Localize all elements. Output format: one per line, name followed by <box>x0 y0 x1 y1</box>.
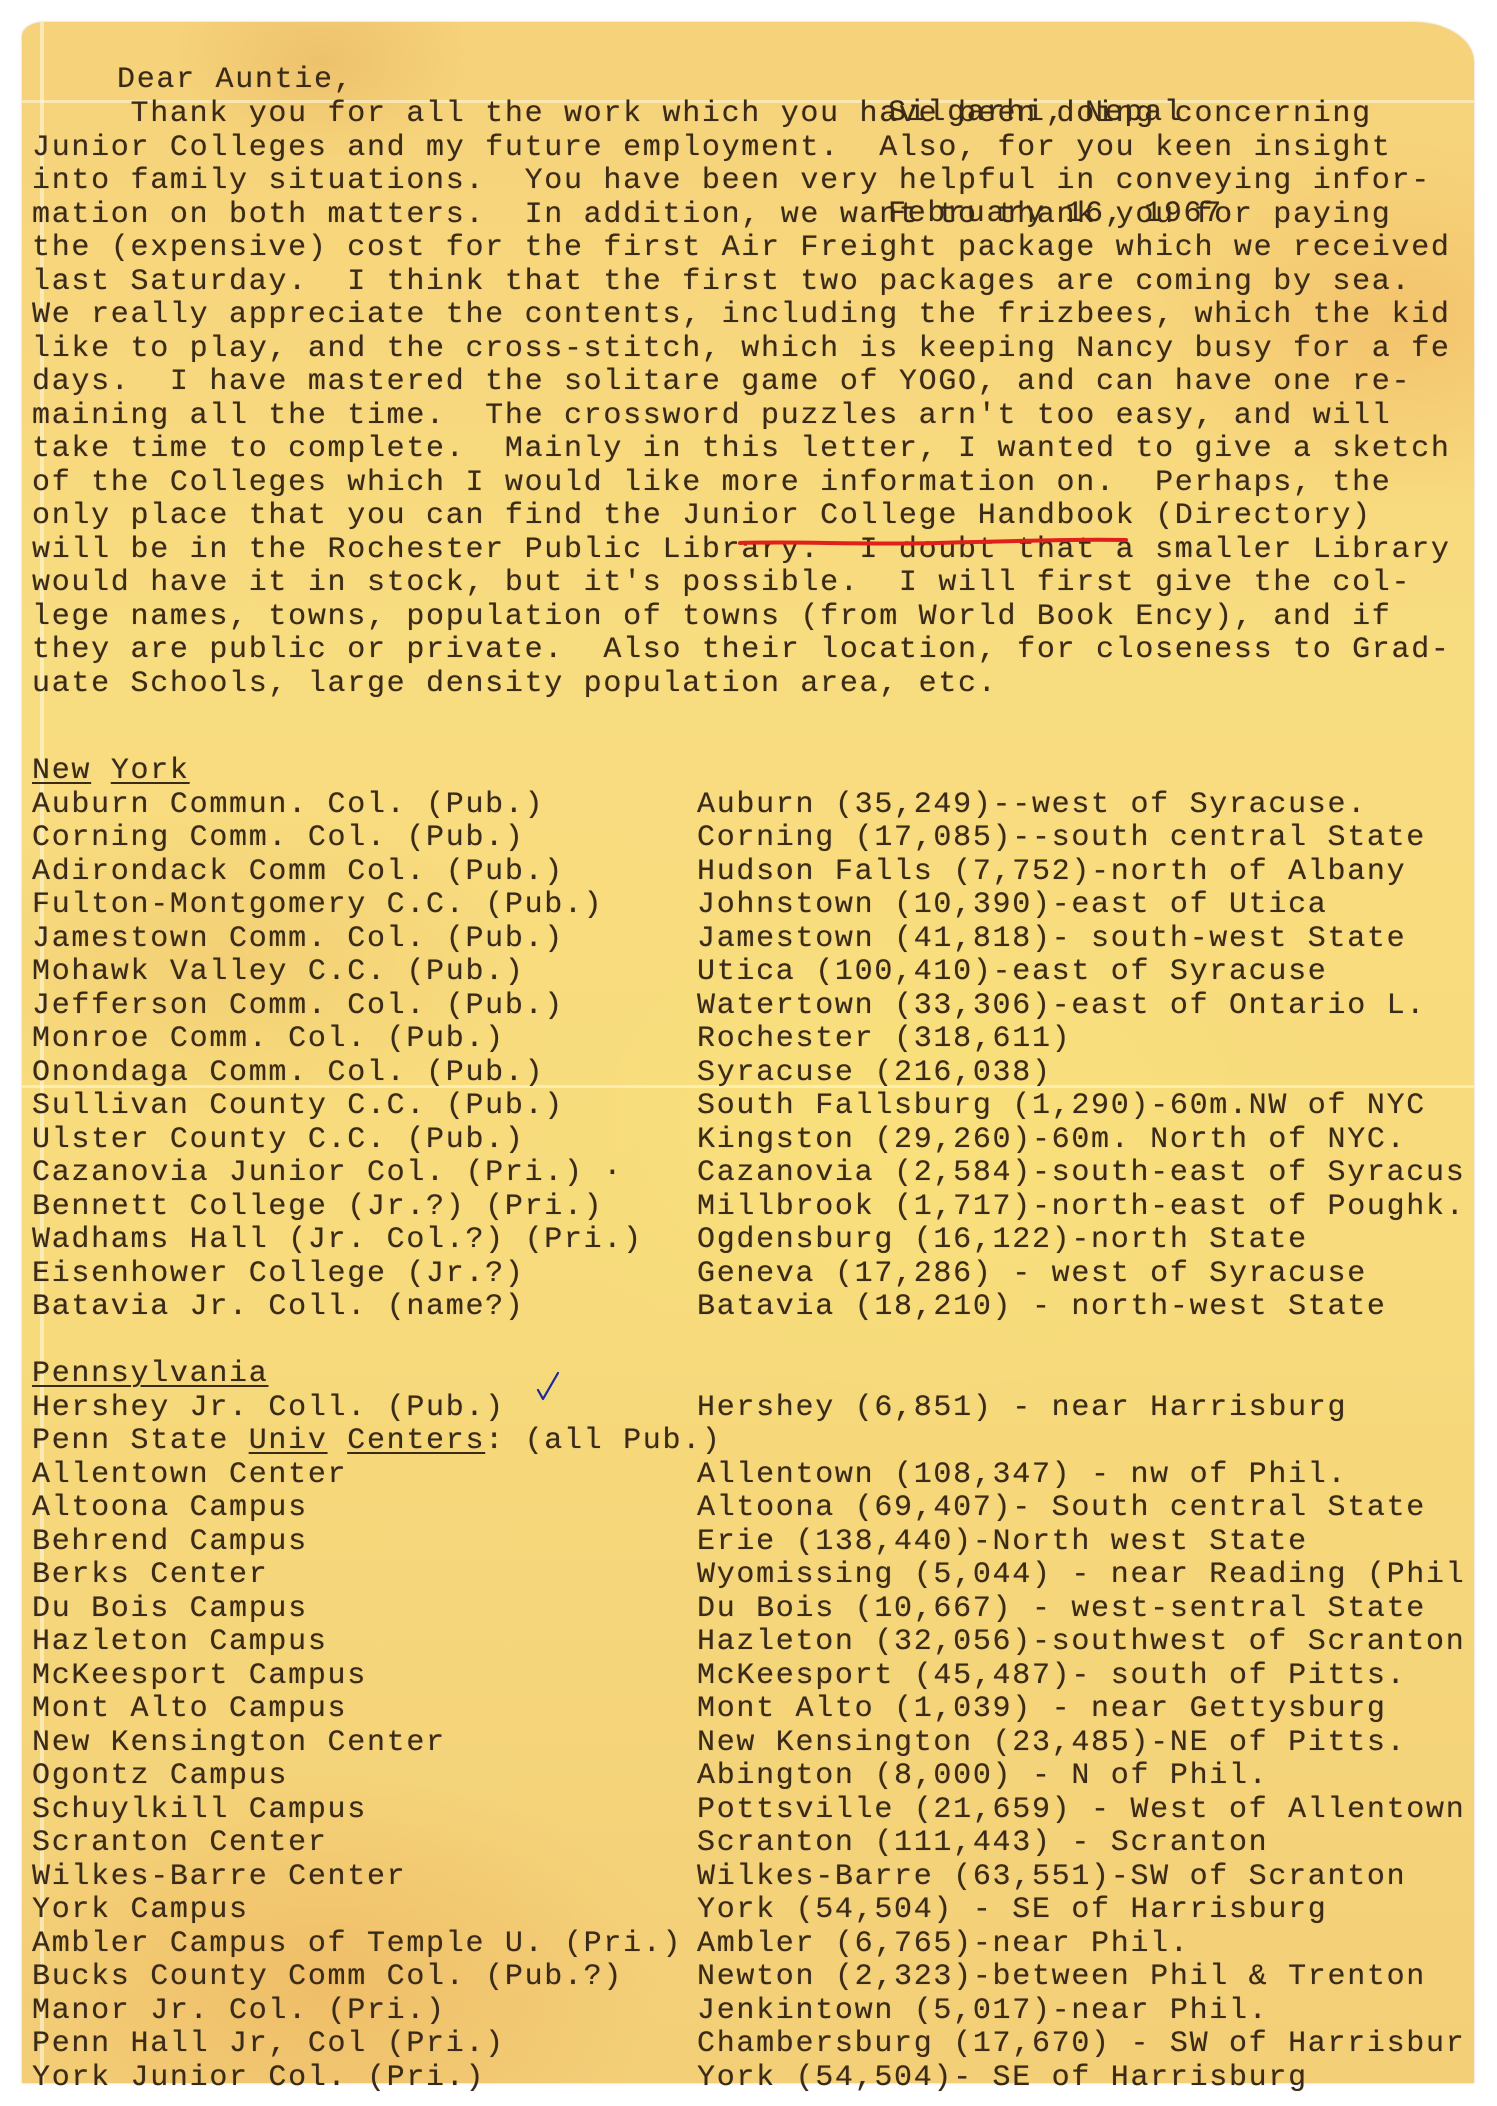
college-name: Allentown Center <box>32 1459 722 1493</box>
college-name: Ogontz Campus <box>32 1760 722 1794</box>
college-town: Chambersburg (17,670) - SW of Harrisbur <box>697 2028 1465 2062</box>
town-list-column: Auburn (35,249)--west of Syracuse.Cornin… <box>697 755 1465 2095</box>
college-town: Ogdensburg (16,122)-north State <box>697 1224 1465 1258</box>
college-name: Batavia Jr. Coll. (name?) <box>32 1291 722 1325</box>
college-town: McKeesport (45,487)- south of Pitts. <box>697 1660 1465 1694</box>
college-town: Ambler (6,765)-near Phil. <box>697 1928 1465 1962</box>
college-town: Jamestown (41,818)- south-west State <box>697 923 1465 957</box>
college-town: Mont Alto (1,039) - near Gettysburg <box>697 1693 1465 1727</box>
letter-body-line: only place that you can find the Junior … <box>32 500 1451 534</box>
college-town: Du Bois (10,667) - west-sentral State <box>697 1593 1465 1627</box>
blank-line <box>32 1325 722 1359</box>
college-town: Wyomissing (5,044) - near Reading (Phil <box>697 1559 1465 1593</box>
college-town: Syracuse (216,038) <box>697 1057 1465 1091</box>
college-town: South Fallsburg (1,290)-60m.NW of NYC <box>697 1090 1465 1124</box>
blank-line <box>697 755 1465 789</box>
college-town: Scranton (111,443) - Scranton <box>697 1827 1465 1861</box>
college-name: Bucks County Comm Col. (Pub.?) <box>32 1961 722 1995</box>
college-town: Rochester (318,611) <box>697 1023 1465 1057</box>
college-town: Johnstown (10,390)-east of Utica <box>697 889 1465 923</box>
college-town: Kingston (29,260)-60m. North of NYC. <box>697 1124 1465 1158</box>
letter-body-line: days. I have mastered the solitare game … <box>32 366 1451 400</box>
college-name: Fulton-Montgomery C.C. (Pub.) <box>32 889 722 923</box>
college-list-column: New YorkAuburn Commun. Col. (Pub.)Cornin… <box>32 755 722 2095</box>
college-town: Altoona (69,407)- South central State <box>697 1492 1465 1526</box>
college-name: Altoona Campus <box>32 1492 722 1526</box>
college-name: Eisenhower College (Jr.?) <box>32 1258 722 1292</box>
college-name: York Junior Col. (Pri.) <box>32 2062 722 2096</box>
college-name: Hershey Jr. Coll. (Pub.) <box>32 1392 722 1426</box>
college-town: Wilkes-Barre (63,551)-SW of Scranton <box>697 1861 1465 1895</box>
heading-word: York <box>111 754 190 788</box>
letter-body-line: like to play, and the cross-stitch, whic… <box>32 333 1451 367</box>
college-name: Ambler Campus of Temple U. (Pri.) <box>32 1928 722 1962</box>
blank-line <box>697 1358 1465 1392</box>
college-name: Sullivan County C.C. (Pub.) <box>32 1090 722 1124</box>
college-town: New Kensington (23,485)-NE of Pitts. <box>697 1727 1465 1761</box>
letter-body-line: lege names, towns, population of towns (… <box>32 601 1451 635</box>
red-pen-underline <box>738 537 1128 547</box>
college-town: York (54,504)- SE of Harrisburg <box>697 2062 1465 2096</box>
college-name: Onondaga Comm. Col. (Pub.) <box>32 1057 722 1091</box>
college-name: Du Bois Campus <box>32 1593 722 1627</box>
college-name: Ulster County C.C. (Pub.) <box>32 1124 722 1158</box>
college-name: Corning Comm. Col. (Pub.) <box>32 822 722 856</box>
college-town: Abington (8,000) - N of Phil. <box>697 1760 1465 1794</box>
heading-word: New <box>32 754 91 788</box>
college-name: Jefferson Comm. Col. (Pub.) <box>32 990 722 1024</box>
letter-body-line: they are public or private. Also their l… <box>32 634 1451 668</box>
college-town: Geneva (17,286) - west of Syracuse <box>697 1258 1465 1292</box>
letter-body-line: We really appreciate the contents, inclu… <box>32 299 1451 333</box>
college-name: Auburn Commun. Col. (Pub.) <box>32 789 722 823</box>
college-name: Mont Alto Campus <box>32 1693 722 1727</box>
college-town: York (54,504) - SE of Harrisburg <box>697 1894 1465 1928</box>
check-mark-icon <box>535 1370 561 1402</box>
college-town: Hudson Falls (7,752)-north of Albany <box>697 856 1465 890</box>
letter-body-line: Junior Colleges and my future employment… <box>32 132 1451 166</box>
college-name: Adirondack Comm Col. (Pub.) <box>32 856 722 890</box>
college-name: Wilkes-Barre Center <box>32 1861 722 1895</box>
college-town: Millbrook (1,717)-north-east of Poughk. <box>697 1191 1465 1225</box>
section-heading-pennsylvania: Pennsylvania <box>32 1358 722 1392</box>
college-name: Bennett College (Jr.?) (Pri.) <box>32 1191 722 1225</box>
college-town: Corning (17,085)--south central State <box>697 822 1465 856</box>
college-town: Cazanovia (2,584)-south-east of Syracus <box>697 1157 1465 1191</box>
college-name: Hazleton Campus <box>32 1626 722 1660</box>
college-town: Pottsville (21,659) - West of Allentown <box>697 1794 1465 1828</box>
college-town: Batavia (18,210) - north-west State <box>697 1291 1465 1325</box>
college-name: York Campus <box>32 1894 722 1928</box>
heading-word: Pennsylvania <box>32 1357 268 1391</box>
college-name: Wadhams Hall (Jr. Col.?) (Pri.) <box>32 1224 722 1258</box>
college-name: Jamestown Comm. Col. (Pub.) <box>32 923 722 957</box>
letter-body-line: of the Colleges which I would like more … <box>32 467 1451 501</box>
penn-state-label-part: Centers <box>347 1424 485 1458</box>
penn-state-label-part: : (all Pub.) <box>485 1424 721 1458</box>
letter-salutation: Dear Auntie, <box>117 64 353 98</box>
blank-line <box>697 1425 1465 1459</box>
college-town: Auburn (35,249)--west of Syracuse. <box>697 789 1465 823</box>
letter-body-line: maining all the time. The crossword puzz… <box>32 400 1451 434</box>
college-town: Hershey (6,851) - near Harrisburg <box>697 1392 1465 1426</box>
college-name: New Kensington Center <box>32 1727 722 1761</box>
letter-body-line: into family situations. You have been ve… <box>32 165 1451 199</box>
section-heading-new-york: New York <box>32 755 722 789</box>
college-name: Behrend Campus <box>32 1526 722 1560</box>
letter-body: Thank you for all the work which you hav… <box>32 98 1451 701</box>
letter-body-line: uate Schools, large density population a… <box>32 668 1451 702</box>
college-town: Hazleton (32,056)-southwest of Scranton <box>697 1626 1465 1660</box>
penn-state-label-part: Penn State <box>32 1424 249 1458</box>
penn-state-label: Penn State Univ Centers: (all Pub.) <box>32 1425 722 1459</box>
letter-body-line: the (expensive) cost for the first Air F… <box>32 232 1451 266</box>
college-town: Watertown (33,306)-east of Ontario L. <box>697 990 1465 1024</box>
penn-state-label-part: Univ <box>249 1424 328 1458</box>
college-name: Penn Hall Jr, Col (Pri.) <box>32 2028 722 2062</box>
college-name: Berks Center <box>32 1559 722 1593</box>
college-town: Newton (2,323)-between Phil & Trenton <box>697 1961 1465 1995</box>
letter-body-line: would have it in stock, but it's possibl… <box>32 567 1451 601</box>
college-name: Monroe Comm. Col. (Pub.) <box>32 1023 722 1057</box>
college-name: McKeesport Campus <box>32 1660 722 1694</box>
college-name: Schuylkill Campus <box>32 1794 722 1828</box>
blank-line <box>697 1325 1465 1359</box>
college-name: Mohawk Valley C.C. (Pub.) <box>32 956 722 990</box>
college-town: Utica (100,410)-east of Syracuse <box>697 956 1465 990</box>
letter-body-line: last Saturday. I think that the first tw… <box>32 266 1451 300</box>
college-name: Cazanovia Junior Col. (Pri.) · <box>32 1157 722 1191</box>
college-town: Allentown (108,347) - nw of Phil. <box>697 1459 1465 1493</box>
college-town: Erie (138,440)-North west State <box>697 1526 1465 1560</box>
letter-body-line: take time to complete. Mainly in this le… <box>32 433 1451 467</box>
letter-body-line: Thank you for all the work which you hav… <box>32 98 1451 132</box>
college-name: Manor Jr. Col. (Pri.) <box>32 1995 722 2029</box>
college-name: Scranton Center <box>32 1827 722 1861</box>
college-town: Jenkintown (5,017)-near Phil. <box>697 1995 1465 2029</box>
letter-body-line: mation on both matters. In addition, we … <box>32 199 1451 233</box>
